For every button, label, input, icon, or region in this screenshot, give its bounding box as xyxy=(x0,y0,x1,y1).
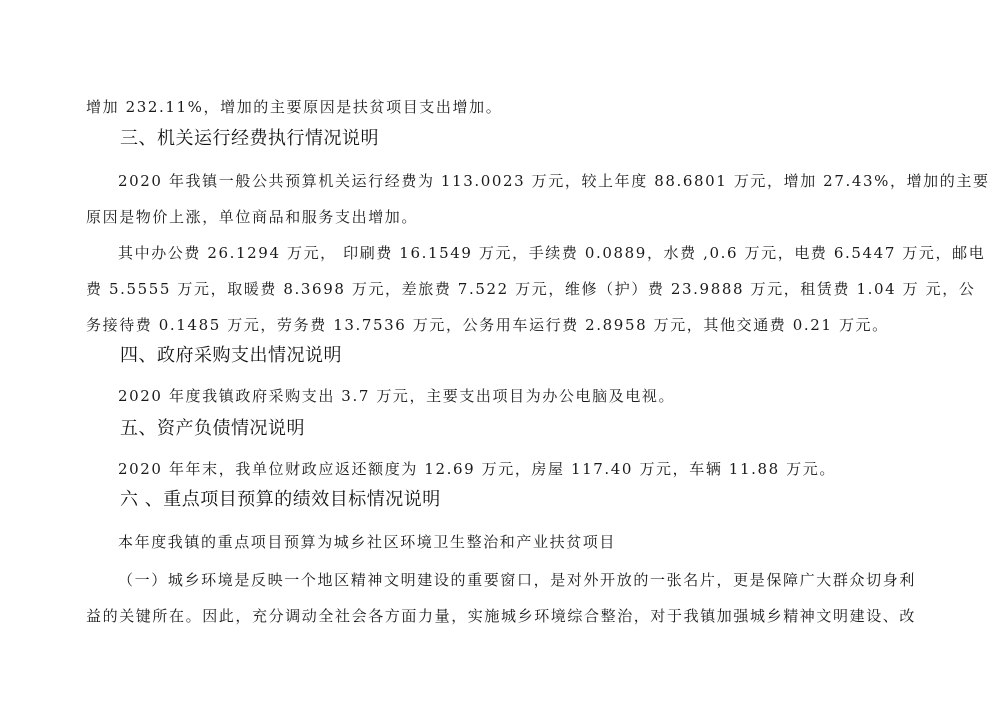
section-heading-6: 六 、重点项目预算的绩效目标情况说明 xyxy=(120,489,441,511)
paragraph-line: 原因是物价上涨，单位商品和服务支出增加。 xyxy=(86,207,418,227)
paragraph-line: （一）城乡环境是反映一个地区精神文明建设的重要窗口，是对外开放的一张名片，更是保… xyxy=(118,570,916,590)
paragraph-line: 2020 年我镇一般公共预算机关运行经费为 113.0023 万元，较上年度 8… xyxy=(118,171,916,191)
paragraph-line: 益的关键所在。因此，充分调动全社会各方面力量，实施城乡环境综合整治，对于我镇加强… xyxy=(86,606,916,626)
paragraph-line: 本年度我镇的重点项目预算为城乡社区环境卫生整治和产业扶贫项目 xyxy=(118,532,616,552)
section-heading-4: 四、政府采购支出情况说明 xyxy=(120,345,342,367)
paragraph-continuation: 增加 232.11%，增加的主要原因是扶贫项目支出增加。 xyxy=(86,97,502,117)
paragraph-line: 费 5.5555 万元，取暖费 8.3698 万元，差旅费 7.522 万元，维… xyxy=(86,279,916,299)
paragraph-line: 2020 年年末，我单位财政应返还额度为 12.69 万元，房屋 117.40 … xyxy=(118,459,836,479)
section-heading-3: 三、机关运行经费执行情况说明 xyxy=(120,128,379,150)
paragraph-line: 2020 年度我镇政府采购支出 3.7 万元，主要支出项目为办公电脑及电视。 xyxy=(118,386,675,406)
paragraph-line: 其中办公费 26.1294 万元， 印刷费 16.1549 万元，手续费 0.0… xyxy=(118,243,916,263)
paragraph-line: 务接待费 0.1485 万元，劳务费 13.7536 万元，公务用车运行费 2.… xyxy=(86,315,889,335)
section-heading-5: 五、资产负债情况说明 xyxy=(120,418,305,440)
